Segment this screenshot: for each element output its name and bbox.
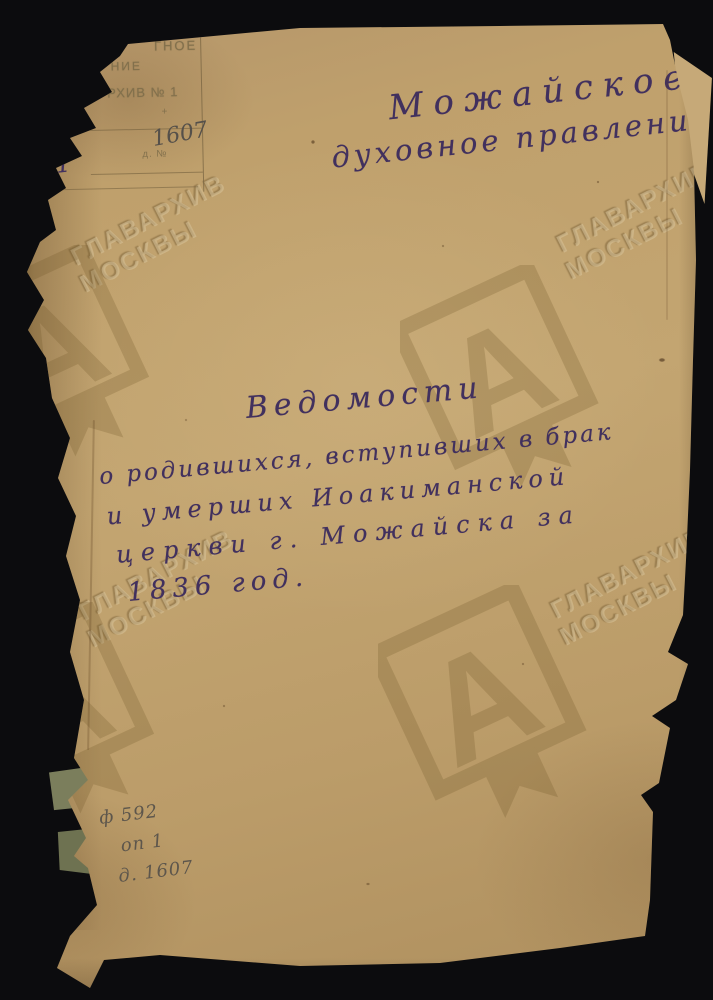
glavarkhiv-logo-icon: А: [0, 602, 160, 827]
pencil-archive-references: ф 592 оп 1 д. 1607: [98, 797, 195, 888]
stamp-text-fragment: НИЕ: [110, 59, 142, 74]
archive-stamp: ГНОЕ НИЕ РХИВ № 1 + д. № 1607: [88, 34, 204, 194]
handwritten-header: Можайское духовное правление: [325, 56, 701, 174]
opis-number: оп 1: [120, 827, 192, 856]
document-cover-page: ГЛАВАРХИВ МОСКВЫ ГЛАВАРХИВ МОСКВЫ ГЛАВАР…: [0, 0, 713, 1000]
stamp-rule-line: [91, 172, 203, 175]
title-line: Ведомости: [244, 370, 485, 426]
stamp-delo-number-handwritten: 1607: [150, 117, 210, 152]
title-line: 1836 год.: [126, 562, 310, 608]
photographed-archive-cover: ГЛАВАРХИВ МОСКВЫ ГЛАВАРХИВ МОСКВЫ ГЛАВАР…: [0, 0, 713, 1000]
sheet-number-sign: №: [40, 168, 50, 178]
stamp-mark: +: [161, 106, 167, 117]
handwritten-title: Ведомости о родившихся, вступивших в бра…: [85, 358, 642, 624]
sheet-number-handwritten: 1: [55, 151, 72, 178]
stamp-archive-number: РХИВ № 1: [107, 84, 178, 100]
delo-number: д. 1607: [117, 857, 195, 887]
stamp-text-fragment: ГНОЕ: [154, 38, 198, 54]
glavarkhiv-logo-icon: А: [378, 585, 593, 833]
